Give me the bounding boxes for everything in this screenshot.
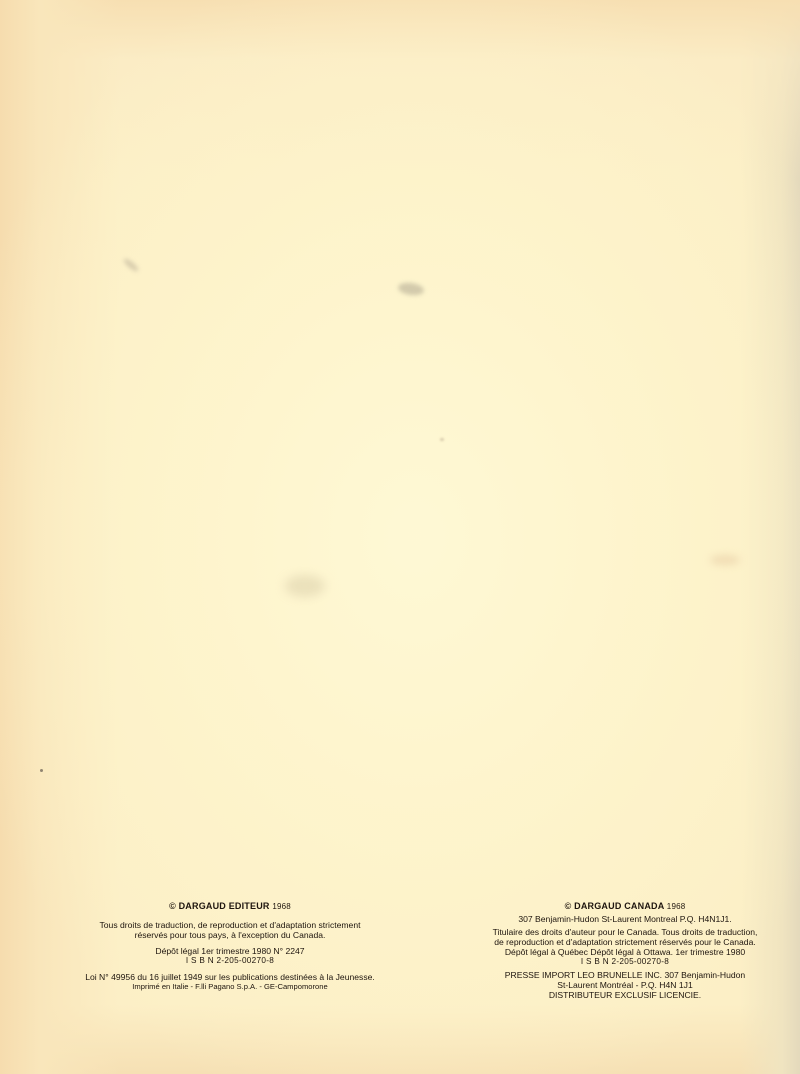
distributor-line: PRESSE IMPORT LEO BRUNELLE INC. 307 Benj… — [455, 970, 795, 980]
copyright-year: 1968 — [272, 902, 291, 911]
printer-notice: Imprimé en Italie - F.lli Pagano S.p.A. … — [40, 982, 420, 992]
copyright-holder: © DARGAUD CANADA — [565, 901, 665, 911]
isbn: I S B N 2-205-00270-8 — [455, 957, 795, 967]
publisher-address: 307 Benjamin-Hudon St-Laurent Montreal P… — [455, 914, 795, 924]
distributor-line: St-Laurent Montréal - P.Q. H4N 1J1 — [455, 980, 795, 990]
publisher-colophon-france: © DARGAUD EDITEUR 1968 Tous droits de tr… — [40, 901, 420, 992]
copyright-year: 1968 — [667, 902, 686, 911]
legal-deposit: Dépôt légal à Québec Dépôt légal à Ottaw… — [455, 947, 795, 957]
law-notice: Loi N° 49956 du 16 juillet 1949 sur les … — [40, 972, 420, 982]
rights-line: Titulaire des droits d'auteur pour le Ca… — [455, 927, 795, 937]
copyright-holder: © DARGAUD EDITEUR — [169, 901, 270, 911]
rights-line: réservés pour tous pays, à l'exception d… — [40, 930, 420, 940]
distributor-line: DISTRIBUTEUR EXCLUSIF LICENCIE. — [455, 990, 795, 1000]
copyright-title: © DARGAUD EDITEUR 1968 — [40, 901, 420, 912]
copyright-title: © DARGAUD CANADA 1968 — [455, 901, 795, 912]
legal-deposit: Dépôt légal 1er trimestre 1980 N° 2247 — [40, 946, 420, 956]
rights-line: Tous droits de traduction, de reproducti… — [40, 920, 420, 930]
publisher-colophon-canada: © DARGAUD CANADA 1968 307 Benjamin-Hudon… — [455, 901, 795, 1000]
isbn: I S B N 2-205-00270-8 — [40, 956, 420, 966]
rights-line: de reproduction et d'adaptation strictem… — [455, 937, 795, 947]
